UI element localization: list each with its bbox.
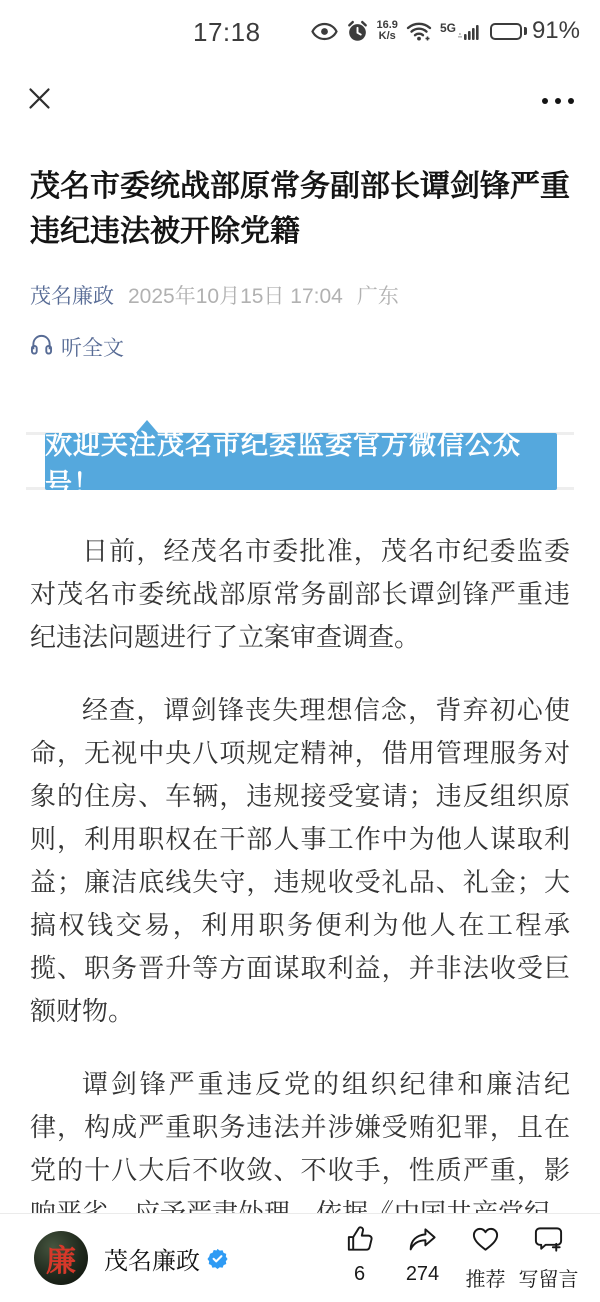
footer-actions: 6 274 推荐 写留言 [328,1224,580,1292]
comment-plus-icon [533,1224,564,1260]
listen-full-text-button[interactable]: 听全文 [30,332,124,362]
share-arrow-icon [407,1224,438,1260]
article-title: 茂名市委统战部原常务副部长谭剑锋严重违纪违法被开除党籍 [30,164,570,254]
article-body: 日前，经茂名市委批准，茂名市纪委监委对茂名市委统战部原常务副部长谭剑锋严重违纪违… [30,530,570,1235]
network-speed-indicator: 16.9 K/s [377,20,398,42]
footer-account-name[interactable]: 茂名廉政 [104,1241,200,1276]
network-speed-unit: K/s [377,31,398,42]
comment-label: 写留言 [519,1263,579,1292]
account-avatar[interactable]: 廉 [34,1231,88,1285]
status-icons: 16.9 K/s 5G 91% [311,14,580,48]
clock-time: 17:18 [193,17,261,48]
recommend-button[interactable]: 推荐 [454,1224,517,1292]
recommend-label: 推荐 [466,1263,506,1292]
close-button[interactable] [24,86,54,116]
network-type-label: 5G [440,23,456,33]
article-meta: 茂名廉政 2025年10月15日 17:04 广东 [30,280,570,310]
like-button[interactable]: 6 [328,1224,391,1292]
avatar-character: 廉 [46,1236,76,1280]
share-count: 274 [406,1263,439,1286]
paragraph-3: 谭剑锋严重违反党的组织纪律和廉洁纪律，构成严重职务违法并涉嫌受贿犯罪，且在党的十… [30,1063,570,1235]
comment-button[interactable]: 写留言 [517,1224,580,1292]
verified-badge-icon [207,1248,228,1269]
paragraph-2: 经查，谭剑锋丧失理想信念，背弃初心使命，无视中央八项规定精神，借用管理服务对象的… [30,689,570,1033]
like-count: 6 [354,1263,365,1286]
heart-icon [470,1224,501,1260]
battery-percent: 91% [532,17,580,45]
listen-label: 听全文 [61,332,124,362]
more-menu-button[interactable] [540,90,576,112]
wifi-icon [406,21,432,42]
footer-toolbar: 廉 茂名廉政 6 274 推荐 写留言 [0,1213,600,1302]
thumbs-up-icon [344,1224,375,1260]
nav-bar [0,76,600,126]
follow-banner[interactable]: 欢迎关注茂名市纪委监委官方微信公众号！ [26,419,574,490]
publish-location: 广东 [357,280,399,310]
more-dots-icon [542,98,548,104]
close-icon [26,85,53,117]
headphone-icon [30,333,53,361]
alarm-clock-icon [346,20,369,43]
status-bar: 17:18 16.9 K/s 5G 91% [0,0,600,60]
banner-ribbon: 欢迎关注茂名市纪委监委官方微信公众号！ [45,433,557,490]
cellular-signal-icon: 5G [440,21,482,41]
banner-text: 欢迎关注茂名市纪委监委官方微信公众号！ [45,423,557,501]
paragraph-1: 日前，经茂名市委批准，茂名市纪委监委对茂名市委统战部原常务副部长谭剑锋严重违纪违… [30,530,570,659]
account-name-link[interactable]: 茂名廉政 [30,280,114,310]
eye-protection-icon [311,22,338,41]
publish-date: 2025年10月15日 17:04 [128,280,343,310]
battery-icon: 91% [490,17,580,45]
share-button[interactable]: 274 [391,1224,454,1292]
